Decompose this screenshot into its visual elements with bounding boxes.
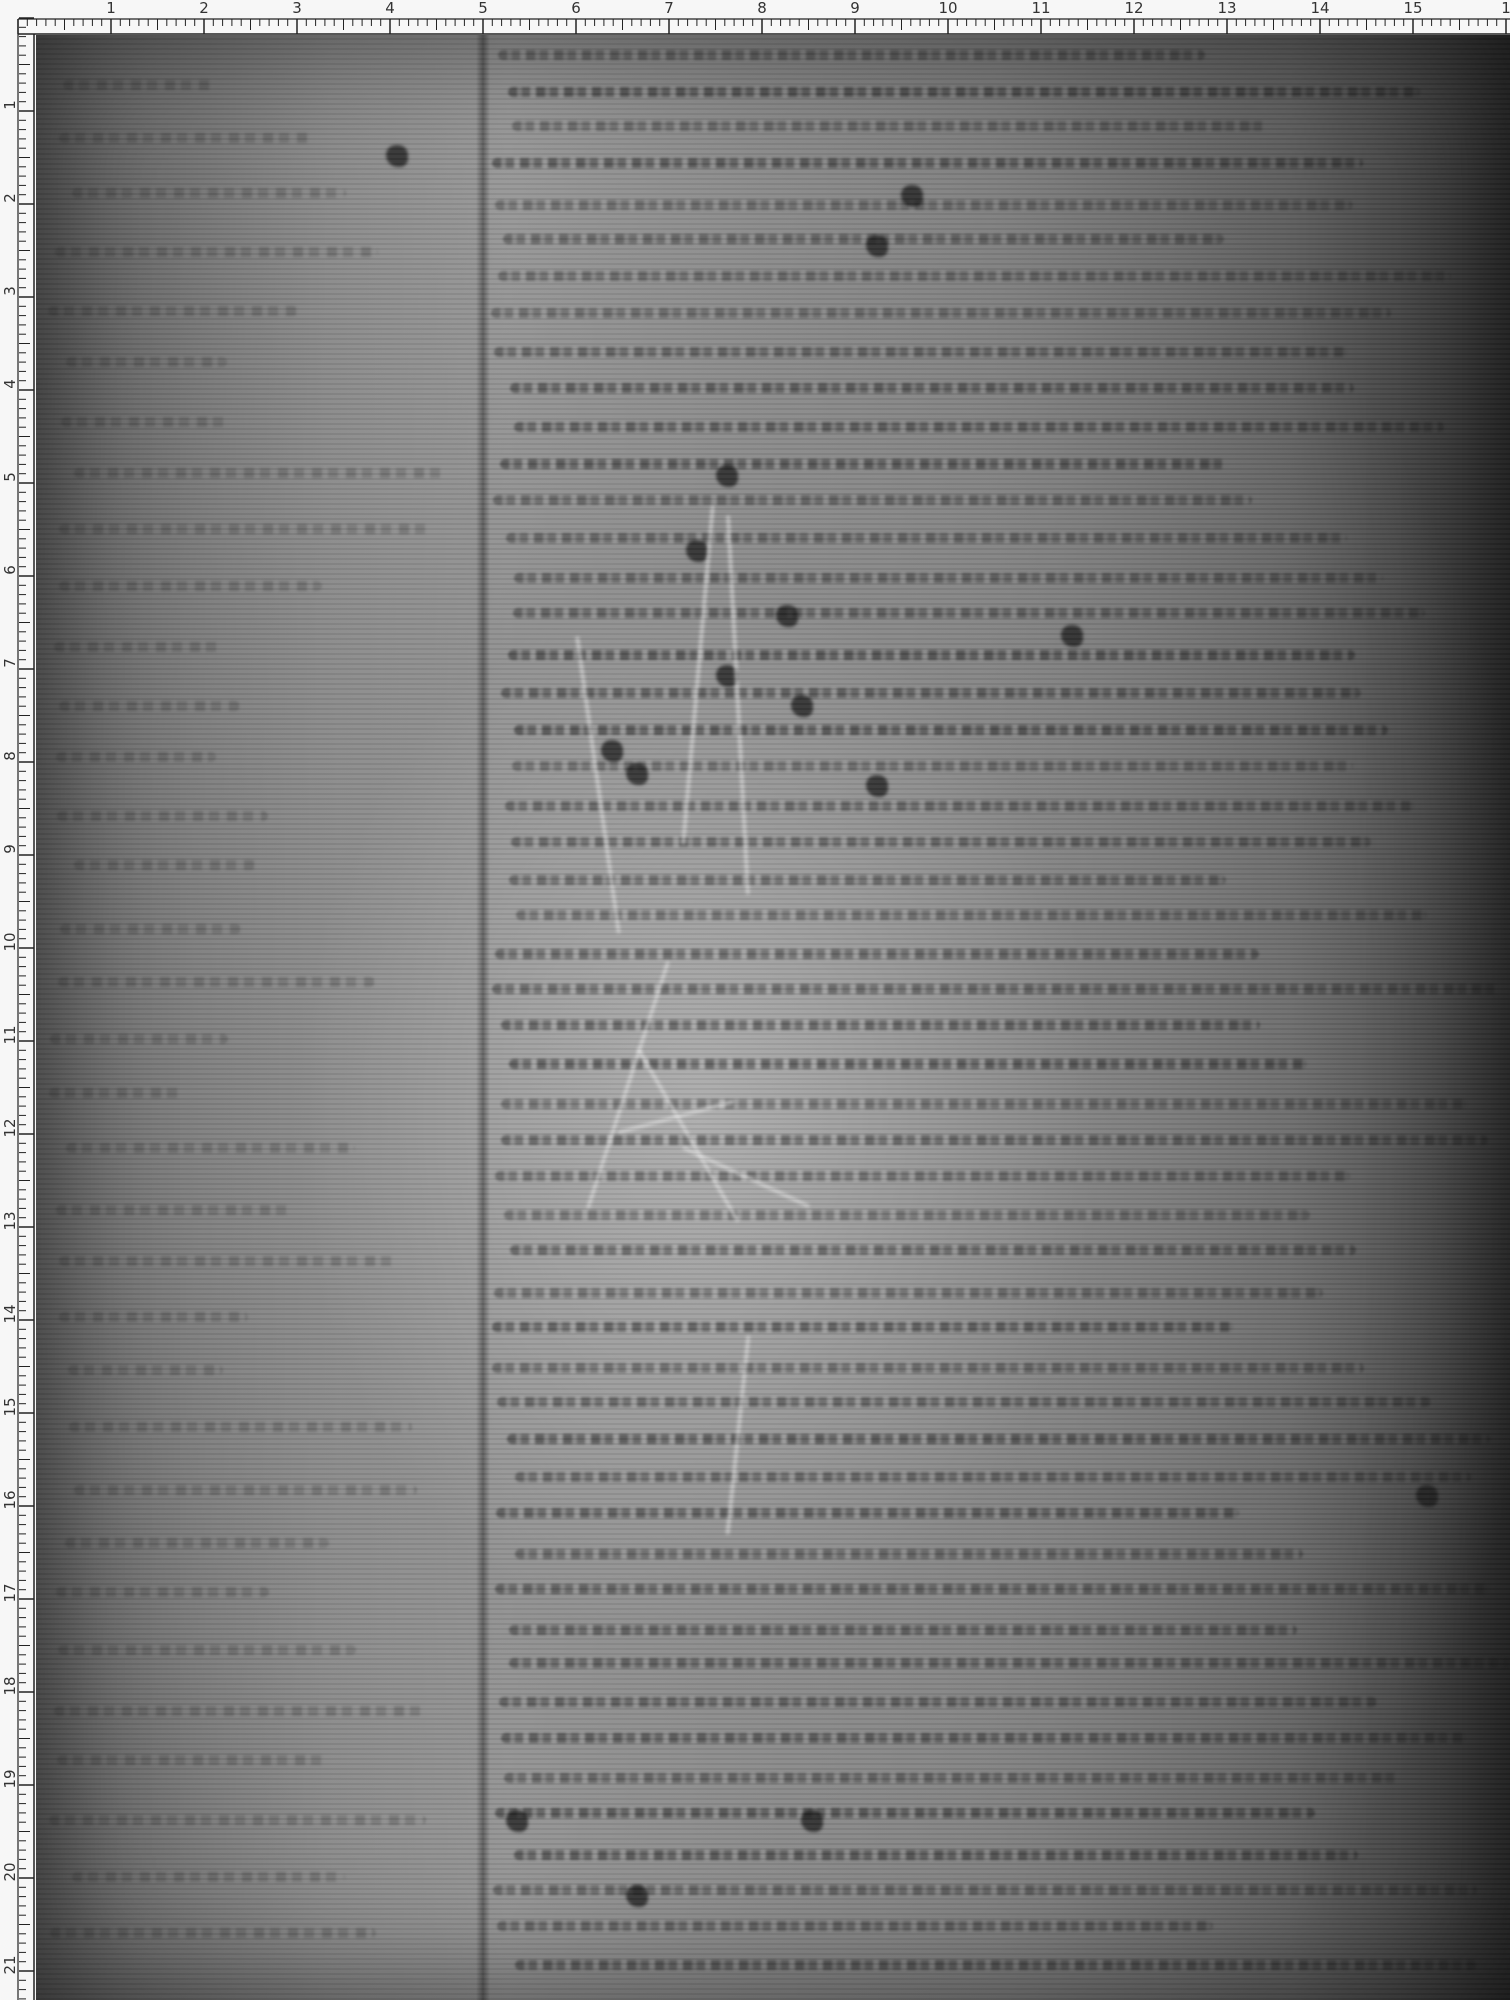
manuscript-scan bbox=[36, 35, 1510, 2000]
top-ruler-label: 11 bbox=[1031, 0, 1050, 16]
left-ruler-label: 6 bbox=[2, 560, 18, 580]
left-ruler-label: 2 bbox=[2, 188, 18, 208]
left-ruler-label: 20 bbox=[2, 1862, 18, 1882]
left-ruler-label: 16 bbox=[2, 1490, 18, 1510]
left-ruler-label: 7 bbox=[2, 653, 18, 673]
top-ruler-label: 13 bbox=[1217, 0, 1236, 16]
top-ruler-label: 4 bbox=[385, 0, 395, 16]
left-ruler-label: 19 bbox=[2, 1769, 18, 1789]
top-ruler-label: 10 bbox=[938, 0, 957, 16]
left-ruler-label: 4 bbox=[2, 374, 18, 394]
left-ruler-label: 1 bbox=[2, 95, 18, 115]
left-ruler-label: 15 bbox=[2, 1397, 18, 1417]
left-ruler-label: 8 bbox=[2, 746, 18, 766]
left-ruler-label: 18 bbox=[2, 1676, 18, 1696]
left-ruler-label: 21 bbox=[2, 1955, 18, 1975]
left-ruler-label: 17 bbox=[2, 1583, 18, 1603]
top-ruler-label: 8 bbox=[757, 0, 767, 16]
left-ruler-label: 14 bbox=[2, 1304, 18, 1324]
left-ruler-label: 3 bbox=[2, 281, 18, 301]
top-ruler-label: 14 bbox=[1310, 0, 1329, 16]
left-ruler-label: 10 bbox=[2, 932, 18, 952]
left-ruler-label: 12 bbox=[2, 1118, 18, 1138]
left-ruler-label: 9 bbox=[2, 839, 18, 859]
left-ruler-label: 11 bbox=[2, 1025, 18, 1045]
top-ruler-label: 1 bbox=[106, 0, 116, 16]
top-ruler-label: 9 bbox=[850, 0, 860, 16]
top-ruler: 01234567891011121314151 bbox=[0, 0, 1510, 35]
top-ruler-label: 7 bbox=[664, 0, 674, 16]
top-ruler-label: 1 bbox=[1501, 0, 1510, 16]
top-ruler-label: 15 bbox=[1403, 0, 1422, 16]
top-ruler-label: 3 bbox=[292, 0, 302, 16]
left-ruler: 123456789101112131415161718192021 bbox=[0, 0, 35, 2000]
top-ruler-label: 5 bbox=[478, 0, 488, 16]
top-ruler-label: 2 bbox=[199, 0, 209, 16]
left-ruler-label: 13 bbox=[2, 1211, 18, 1231]
left-ruler-label: 5 bbox=[2, 467, 18, 487]
top-ruler-label: 12 bbox=[1124, 0, 1143, 16]
scan-vignette bbox=[36, 35, 1510, 2000]
top-ruler-label: 6 bbox=[571, 0, 581, 16]
